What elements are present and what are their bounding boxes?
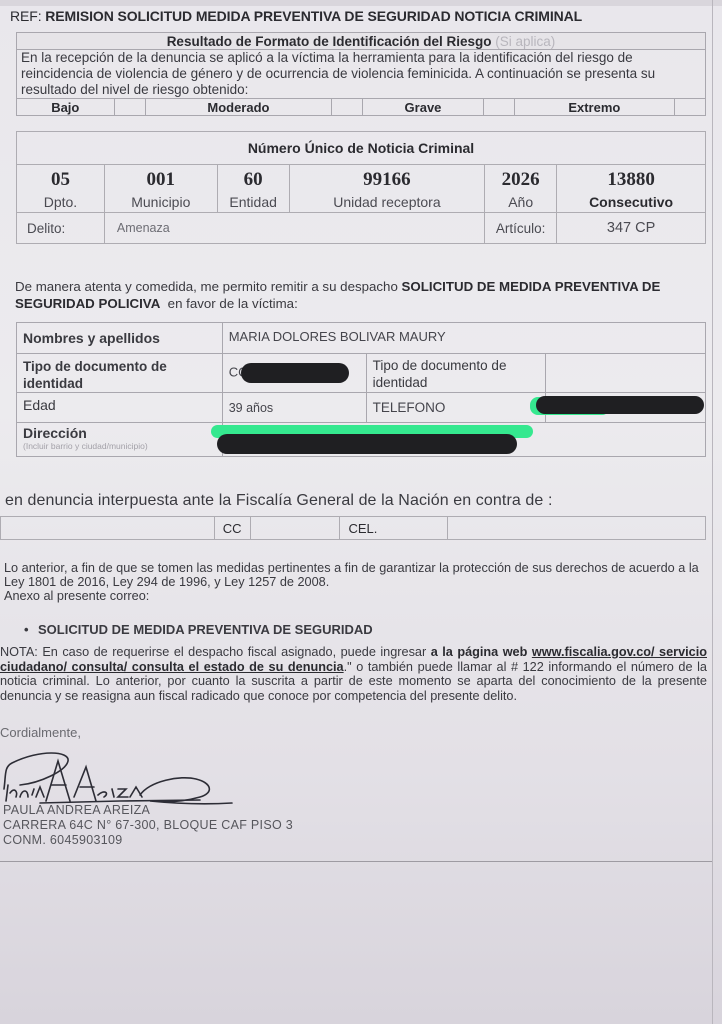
noticia-municipio-value: 001: [104, 165, 217, 193]
annex-label: Anexo al presente correo:: [4, 589, 708, 603]
noticia-entidad-value: 60: [217, 165, 289, 193]
noticia-consecutivo-value: 13880: [557, 165, 706, 193]
note-paragraph: NOTA: En caso de requerirse el despacho …: [0, 645, 707, 703]
bullet-icon: •: [24, 622, 38, 637]
redaction-bar: [241, 363, 349, 383]
risk-level-bajo-checkbox: [114, 99, 145, 116]
victim-doc-label-2: Tipo de documento de identidad: [366, 354, 546, 393]
delito-value: Amenaza: [104, 213, 484, 244]
victim-doc-value: CC: [222, 354, 366, 393]
annex-item: •SOLICITUD DE MEDIDA PREVENTIVA DE SEGUR…: [24, 622, 373, 637]
accused-cc-field: [250, 517, 340, 540]
accused-cel-field: [448, 517, 706, 540]
page-top-edge: [0, 0, 722, 6]
victim-age-value: 39 años: [222, 393, 366, 423]
risk-title: Resultado de Formato de Identificación d…: [17, 33, 706, 50]
noticia-dpto-value: 05: [17, 165, 105, 193]
noticia-unidad-label: Unidad receptora: [289, 192, 485, 213]
noticia-entidad-label: Entidad: [217, 192, 289, 213]
risk-level-extremo-checkbox: [675, 99, 706, 116]
signature-icon: [0, 745, 240, 807]
legal-basis-paragraph: Lo anterior, a fin de que se tomen las m…: [4, 561, 708, 603]
signer-address: CARRERA 64C N° 67-300, BLOQUE CAF PISO 3: [3, 818, 293, 833]
risk-level-bajo: Bajo: [17, 99, 115, 116]
redaction-bar: [536, 396, 704, 414]
noticia-anio-value: 2026: [485, 165, 557, 193]
signer-phone: CONM. 6045903109: [3, 833, 293, 848]
risk-level-moderado-checkbox: [332, 99, 363, 116]
risk-level-extremo: Extremo: [514, 99, 674, 116]
victim-age-label: Edad: [17, 393, 223, 423]
victim-name-label: Nombres y apellidos: [17, 323, 223, 354]
accused-cel-label: CEL.: [340, 517, 448, 540]
footer-divider: [0, 861, 712, 862]
victim-address-label: Dirección (Incluir barrio y ciudad/munic…: [17, 423, 223, 457]
victim-phone-value: [546, 393, 706, 423]
risk-applies-note: (Si aplica): [495, 34, 555, 49]
noticia-title: Número Único de Noticia Criminal: [17, 132, 706, 165]
accused-name-field: [1, 517, 215, 540]
risk-level-grave-checkbox: [483, 99, 514, 116]
articulo-value: 347 CP: [557, 213, 706, 244]
noticia-consecutivo-label: Consecutivo: [557, 192, 706, 213]
intro-text-end: en favor de la víctima:: [160, 296, 297, 311]
page-right-border: [712, 0, 713, 1024]
redaction-bar: [217, 434, 517, 454]
risk-description: En la recepción de la denuncia se aplicó…: [17, 50, 706, 99]
risk-assessment-table: Resultado de Formato de Identificación d…: [16, 32, 706, 116]
noticia-unidad-value: 99166: [289, 165, 485, 193]
victim-info-table: Nombres y apellidos MARIA DOLORES BOLIVA…: [16, 322, 706, 457]
risk-level-grave: Grave: [363, 99, 483, 116]
intro-paragraph: De manera atenta y comedida, me permito …: [15, 278, 707, 312]
noticia-dpto-label: Dpto.: [17, 192, 105, 213]
signer-name: PAULA ANDREA AREIZA: [3, 803, 293, 818]
victim-address-value: [222, 423, 705, 457]
noticia-criminal-table: Número Único de Noticia Criminal 05 001 …: [16, 131, 706, 244]
noticia-anio-label: Año: [485, 192, 557, 213]
signer-block: PAULA ANDREA AREIZA CARRERA 64C N° 67-30…: [3, 803, 293, 848]
complaint-text: en denuncia interpuesta ante la Fiscalía…: [5, 492, 553, 510]
ref-label: REF:: [10, 8, 42, 24]
accused-info-table: CC CEL.: [0, 516, 706, 540]
address-hint: (Incluir barrio y ciudad/municipio): [23, 441, 216, 451]
victim-doc-label: Tipo de documento de identidad: [17, 354, 223, 393]
legal-basis-text: Lo anterior, a fin de que se tomen las m…: [4, 561, 708, 589]
salutation: Cordialmente,: [0, 725, 81, 740]
articulo-label: Artículo:: [485, 213, 557, 244]
victim-name-value: MARIA DOLORES BOLIVAR MAURY: [222, 323, 705, 354]
risk-level-moderado: Moderado: [145, 99, 332, 116]
address-label-text: Dirección: [23, 425, 216, 441]
victim-phone-label: TELEFONO: [366, 393, 546, 423]
note-bold-text: a la página web: [431, 645, 532, 659]
risk-levels-row: Bajo Moderado Grave Extremo: [17, 99, 706, 116]
ref-subject: REMISION SOLICITUD MEDIDA PREVENTIVA DE …: [45, 8, 582, 24]
victim-doc-value-2: [546, 354, 706, 393]
document-page: REF: REMISION SOLICITUD MEDIDA PREVENTIV…: [0, 0, 722, 1024]
noticia-municipio-label: Municipio: [104, 192, 217, 213]
note-text: NOTA: En caso de requerirse el despacho …: [0, 645, 431, 659]
risk-title-text: Resultado de Formato de Identificación d…: [167, 34, 492, 49]
accused-cc-label: CC: [214, 517, 250, 540]
annex-item-text: SOLICITUD DE MEDIDA PREVENTIVA DE SEGURI…: [38, 622, 373, 637]
intro-text: De manera atenta y comedida, me permito …: [15, 279, 402, 294]
delito-label: Delito:: [17, 213, 105, 244]
reference-line: REF: REMISION SOLICITUD MEDIDA PREVENTIV…: [10, 8, 582, 24]
